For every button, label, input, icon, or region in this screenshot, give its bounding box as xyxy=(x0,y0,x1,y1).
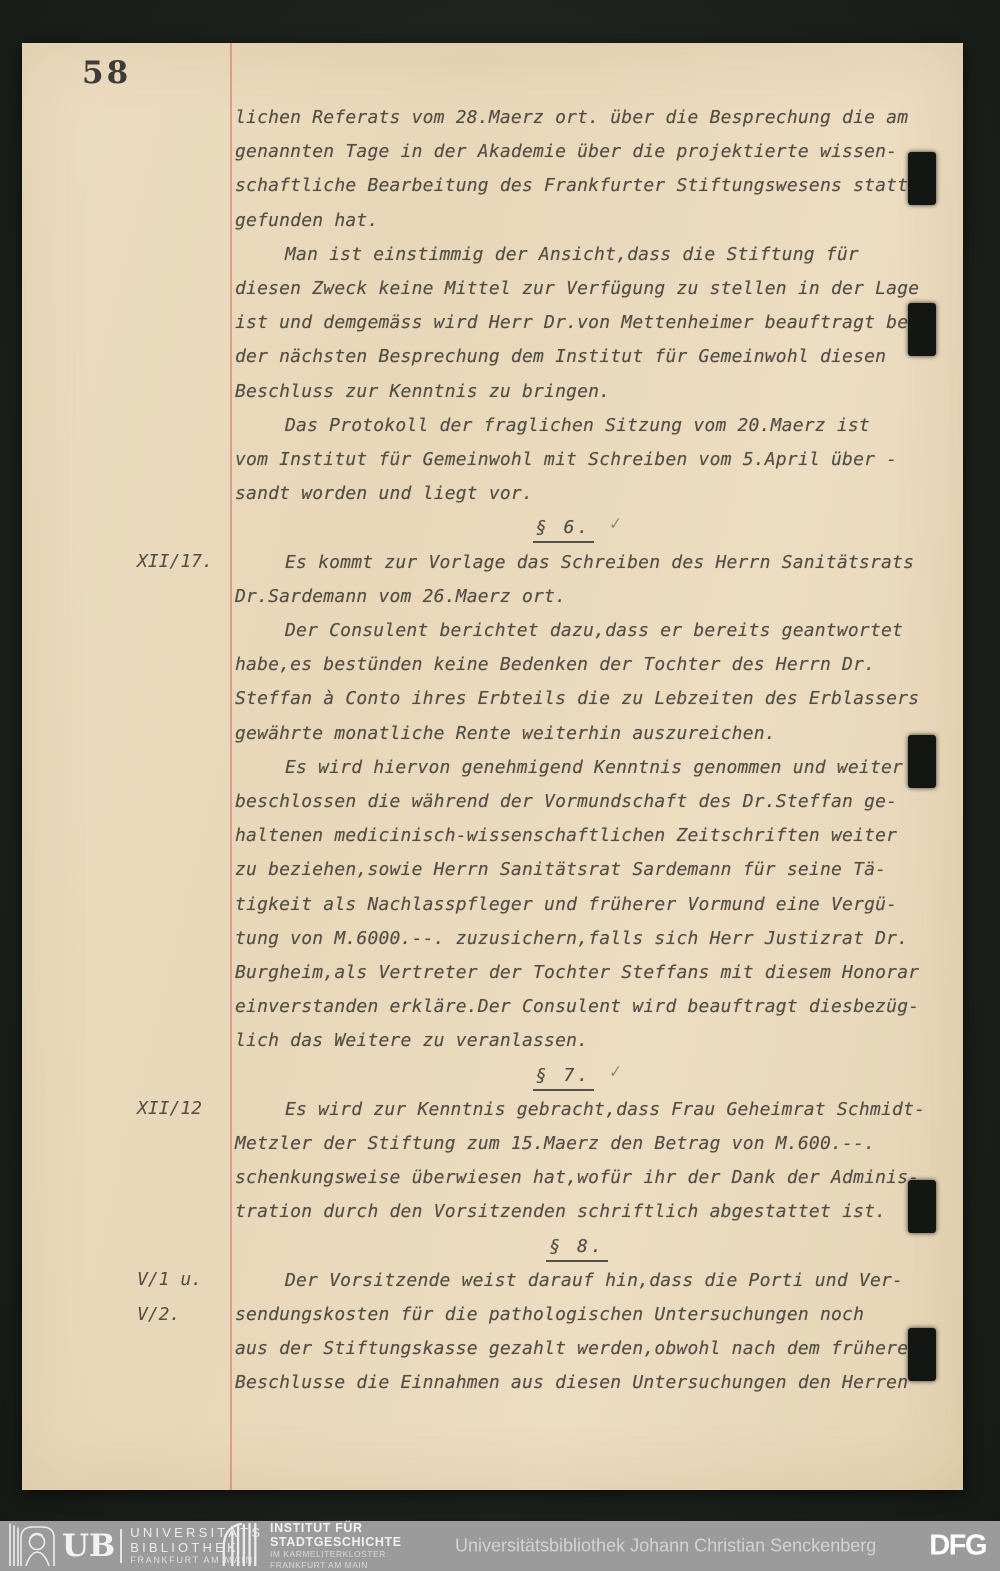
typewritten-line: der nächsten Besprechung dem Institut fü… xyxy=(235,340,919,374)
typewritten-line: tration durch den Vorsitzenden schriftli… xyxy=(235,1195,919,1229)
typewritten-line: Das Protokoll der fraglichen Sitzung vom… xyxy=(235,409,919,443)
binding-tape-mark xyxy=(908,735,936,788)
pencil-checkmark-icon: ✓ xyxy=(610,1053,621,1090)
binding-tape-mark xyxy=(908,152,936,205)
typewritten-line: Es wird hiervon genehmigend Kenntnis gen… xyxy=(235,751,919,785)
page-number: 58 xyxy=(82,55,131,91)
binding-tape-mark xyxy=(908,1328,936,1381)
institute-name-line4: FRANKFURT AM MAIN xyxy=(270,1561,402,1571)
section-heading-label: § 8. xyxy=(546,1234,607,1262)
institute-name-line2: STADTGESCHICHTE xyxy=(270,1536,402,1550)
margin-annotation: V/1 u. xyxy=(137,1269,202,1290)
margin-annotation: XII/12 xyxy=(137,1098,202,1119)
typewritten-line: vom Institut für Gemeinwohl mit Schreibe… xyxy=(235,443,919,477)
binding-tape-mark xyxy=(908,303,936,356)
institute-name-line3: IM KARMELITERKLOSTER xyxy=(270,1550,402,1560)
typewritten-line: Metzler der Stiftung zum 15.Maerz den Be… xyxy=(235,1127,919,1161)
typewritten-line: sandt worden und liegt vor. xyxy=(235,477,919,511)
typewritten-line: lich das Weitere zu veranlassen. xyxy=(235,1024,919,1058)
dfg-logo: DFG xyxy=(929,1530,986,1563)
typewritten-line: haltenen medicinisch-wissenschaftlichen … xyxy=(235,819,919,853)
section-heading-label: § 7. xyxy=(533,1063,594,1091)
typewritten-line: schenkungsweise überwiesen hat,wofür ihr… xyxy=(235,1161,919,1195)
typewritten-line: genannten Tage in der Akademie über die … xyxy=(235,135,919,169)
ub-goethe-arch-icon xyxy=(8,1522,60,1571)
typewritten-line: gewährte monatliche Rente weiterhin ausz… xyxy=(235,717,919,751)
typewritten-line: Es wird zur Kenntnis gebracht,dass Frau … xyxy=(235,1093,919,1127)
margin-rule-line xyxy=(230,43,232,1490)
scan-background: 58 lichen Referats vom 28.Maerz ort. übe… xyxy=(0,0,1000,1571)
typewritten-line: gefunden hat. xyxy=(235,204,919,238)
institute-stadtgeschichte-logo: INSTITUT FÜR STADTGESCHICHTE IM KARMELIT… xyxy=(220,1524,402,1568)
typewritten-line: einverstanden erkläre.Der Consulent wird… xyxy=(235,990,919,1024)
typewritten-line: diesen Zweck keine Mittel zur Verfügung … xyxy=(235,272,919,306)
typewritten-line: Steffan à Conto ihres Erbteils die zu Le… xyxy=(235,682,919,716)
ub-abbreviation: UB xyxy=(62,1524,115,1568)
typewritten-line: lichen Referats vom 28.Maerz ort. über d… xyxy=(235,101,919,135)
document-page: 58 lichen Referats vom 28.Maerz ort. übe… xyxy=(22,43,963,1490)
footer-brand-bar: UB UNIVERSITÄTS BIBLIOTHEK FRANKFURT AM … xyxy=(0,1521,1000,1571)
typewritten-line: Dr.Sardemann vom 26.Maerz ort. xyxy=(235,580,919,614)
pencil-checkmark-icon: ✓ xyxy=(610,506,621,543)
logo-divider xyxy=(120,1529,122,1563)
text-column: lichen Referats vom 28.Maerz ort. über d… xyxy=(235,101,919,1401)
typewritten-line: Burgheim,als Vertreter der Tochter Steff… xyxy=(235,956,919,990)
typewritten-line: schaftliche Bearbeitung des Frankfurter … xyxy=(235,169,919,203)
section-heading: § 8. xyxy=(235,1230,919,1264)
typewritten-line: beschlossen die während der Vormundschaf… xyxy=(235,785,919,819)
typewritten-line: Der Vorsitzende weist darauf hin,dass di… xyxy=(235,1264,919,1298)
typewritten-line: Beschlusse die Einnahmen aus diesen Unte… xyxy=(235,1366,919,1400)
institute-name-line1: INSTITUT FÜR xyxy=(270,1522,402,1536)
library-name-text: Universitätsbibliothek Johann Christian … xyxy=(455,1536,876,1557)
typewritten-line: habe,es bestünden keine Bedenken der Toc… xyxy=(235,648,919,682)
gothic-arch-icon xyxy=(220,1522,260,1571)
typewritten-line: Es kommt zur Vorlage das Schreiben des H… xyxy=(235,546,919,580)
section-heading: § 7.✓ xyxy=(235,1059,919,1093)
typewritten-line: sendungskosten für die pathologischen Un… xyxy=(235,1298,919,1332)
typewritten-line: ist und demgemäss wird Herr Dr.von Mette… xyxy=(235,306,919,340)
typewritten-line: Der Consulent berichtet dazu,dass er ber… xyxy=(235,614,919,648)
margin-annotation: XII/17. xyxy=(137,551,213,572)
typewritten-line: aus der Stiftungskasse gezahlt werden,ob… xyxy=(235,1332,919,1366)
margin-annotation: V/2. xyxy=(137,1304,180,1325)
typewritten-line: tigkeit als Nachlasspfleger und früherer… xyxy=(235,888,919,922)
typewritten-line: tung von M.6000.--. zuzusichern,falls si… xyxy=(235,922,919,956)
section-heading: § 6.✓ xyxy=(235,511,919,545)
binding-tape-mark xyxy=(908,1180,936,1233)
typewritten-line: Beschluss zur Kenntnis zu bringen. xyxy=(235,375,919,409)
typewritten-line: zu beziehen,sowie Herrn Sanitätsrat Sard… xyxy=(235,853,919,887)
typewritten-line: Man ist einstimmig der Ansicht,dass die … xyxy=(235,238,919,272)
section-heading-label: § 6. xyxy=(533,515,594,543)
